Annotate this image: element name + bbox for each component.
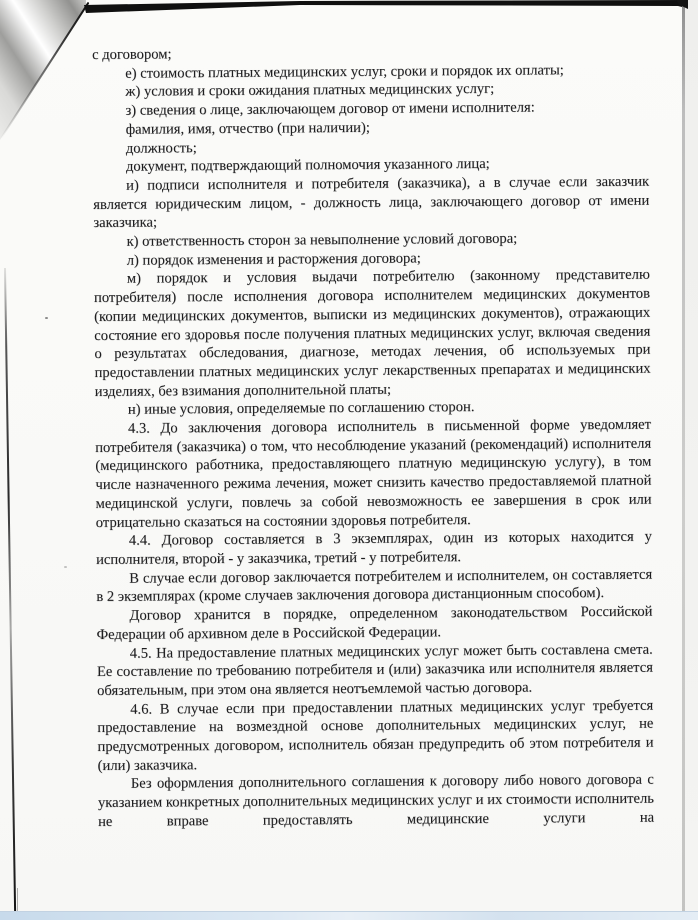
- dust-speck: [64, 566, 67, 568]
- scan-top-edge: [0, 0, 698, 18]
- paragraph: 4.5. На предоставление платных медицинск…: [97, 640, 653, 700]
- paragraph: и) подписи исполнителя и потребителя (за…: [93, 173, 649, 233]
- paragraph: Без оформления дополнительного соглашени…: [98, 771, 654, 831]
- scanned-page: с договором;е) стоимость платных медицин…: [0, 0, 698, 920]
- paragraph: 4.4. Договор составляется в 3 экземпляра…: [96, 528, 652, 570]
- scan-bottom-strip: [0, 911, 698, 920]
- paragraph: 4.3. До заключения договора исполнитель …: [95, 416, 652, 533]
- scan-right-edge-line: [682, 4, 685, 920]
- dust-speck: [45, 317, 48, 319]
- paragraph: м) порядок и условия выдачи потребителю …: [94, 266, 651, 401]
- paragraph: Договор хранится в порядке, определенном…: [96, 603, 652, 645]
- scan-right-margin: [685, 0, 698, 920]
- scan-left-edge-line: [4, 268, 16, 920]
- paragraph: 4.6. В случае если при предоставлении пл…: [97, 696, 654, 775]
- document-text: с договором;е) стоимость платных медицин…: [92, 42, 654, 832]
- paragraph: В случае если договор заключается потреб…: [96, 565, 652, 607]
